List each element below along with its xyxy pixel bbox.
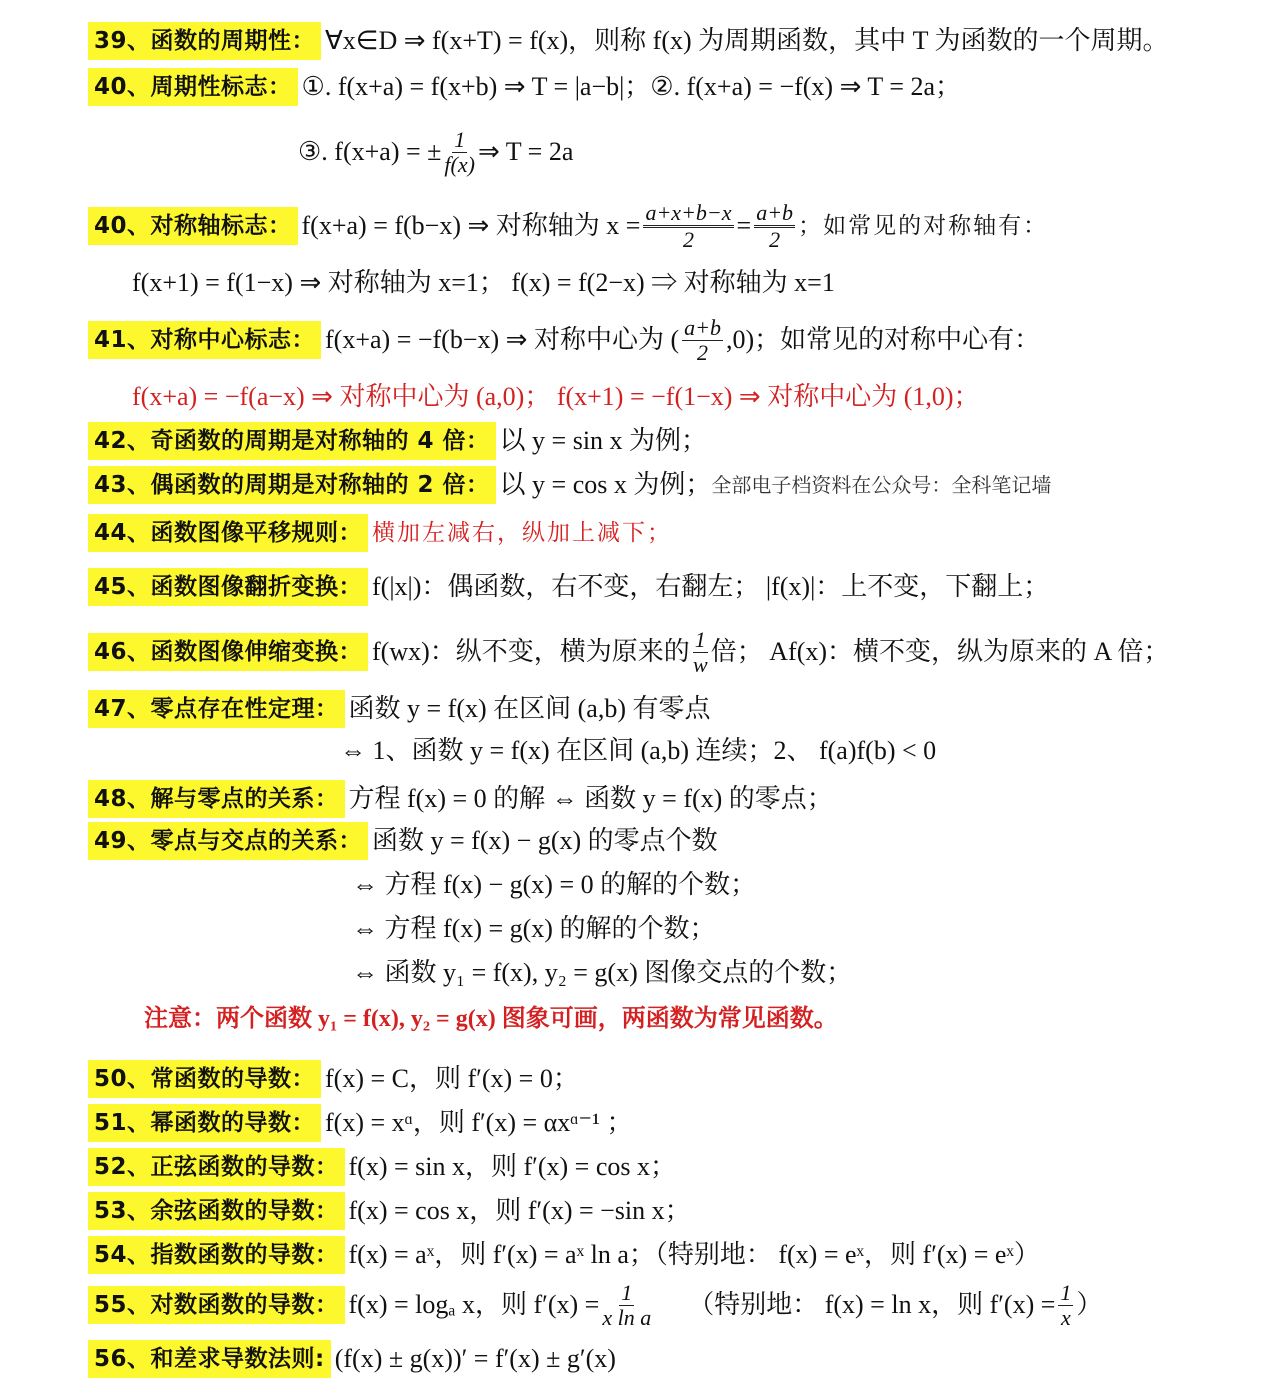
fraction-numerator: a+x+b−x: [643, 201, 733, 228]
item-44: 44、函数图像平移规则： 横加左减右，纵加上减下；: [88, 514, 672, 552]
item-46-label: 46、函数图像伸缩变换：: [88, 633, 368, 671]
fraction-denominator: w: [693, 653, 708, 677]
item-40-periodic-sub3: ③. f(x+a) = ± 1 f(x) ⇒ T = 2a: [298, 122, 573, 182]
item-47-label: 47、零点存在性定理：: [88, 690, 345, 728]
fraction-numerator: 1: [1058, 1281, 1073, 1306]
item-47-body: 函数 y = f(x) 在区间 (a,b) 有零点: [349, 692, 711, 726]
item-49-cont-3: ⇔ 函数 y₁ = f(x), y₂ = g(x) 图像交点的个数；: [352, 956, 852, 990]
axis-body-prefix: f(x+a) = f(b−x) ⇒ 对称轴为 x =: [302, 209, 641, 243]
fraction-denominator: 2: [769, 228, 780, 252]
center-example-text: f(x+a) = −f(a−x) ⇒ 对称中心为 (a,0)； f(x+1) =…: [132, 380, 980, 414]
sub3-prefix: ③. f(x+a) = ±: [298, 135, 441, 169]
ln-derivative-fraction: 1 x: [1058, 1281, 1073, 1330]
item-55-body-prefix: f(x) = logₐ x，则 f′(x) =: [349, 1288, 600, 1322]
item-44-body: 横加左减右，纵加上减下；: [372, 516, 672, 550]
item-39-body: ∀x∈D ⇒ f(x+T) = f(x)，则称 f(x) 为周期函数，其中 T …: [325, 24, 1169, 58]
item-44-label: 44、函数图像平移规则：: [88, 514, 368, 552]
stretch-fraction: 1 w: [693, 628, 708, 677]
fraction-denominator: x: [1061, 1306, 1071, 1330]
item-53-body: f(x) = cos x，则 f′(x) = −sin x；: [349, 1194, 691, 1228]
item-39-label: 39、函数的周期性：: [88, 22, 321, 60]
axis-fraction-2: a+b 2: [754, 201, 795, 252]
sub3-suffix: ⇒ T = 2a: [478, 135, 573, 169]
item-40-axis-example: f(x+1) = f(1−x) ⇒ 对称轴为 x=1； f(x) = f(2−x…: [132, 266, 835, 300]
item-45-body: f(|x|)：偶函数，右不变，右翻左； |f(x)|：上不变，下翻上；: [372, 570, 1049, 604]
item-49-cont-3-text: ⇔ 函数 y₁ = f(x), y₂ = g(x) 图像交点的个数；: [352, 956, 852, 990]
item-50: 50、常函数的导数： f(x) = C，则 f′(x) = 0；: [88, 1060, 579, 1098]
item-53: 53、余弦函数的导数： f(x) = cos x，则 f′(x) = −sin …: [88, 1192, 691, 1230]
item-49-note: 注意：两个函数 y₁ = f(x), y₂ = g(x) 图象可画，两函数为常见…: [144, 1002, 838, 1036]
item-54: 54、指数函数的导数： f(x) = aˣ，则 f′(x) = aˣ ln a；…: [88, 1236, 1040, 1274]
item-43: 43、偶函数的周期是对称轴的 2 倍： 以 y = cos x 为例； 全部电子…: [88, 466, 1051, 504]
fraction-denominator: 2: [697, 341, 708, 365]
log-derivative-fraction: 1 x ln a: [602, 1281, 651, 1330]
item-56-body: (f(x) ± g(x))′ = f′(x) ± g′(x): [335, 1342, 616, 1376]
item-50-body: f(x) = C，则 f′(x) = 0；: [325, 1062, 579, 1096]
item-51-body: f(x) = xᵅ，则 f′(x) = αxᵅ⁻¹ ；: [325, 1106, 632, 1140]
item-55-special-prefix: （特别地： f(x) = ln x，则 f′(x) =: [688, 1288, 1055, 1322]
item-49-note-text: 注意：两个函数 y₁ = f(x), y₂ = g(x) 图象可画，两函数为常见…: [144, 1002, 838, 1036]
item-41-label: 41、对称中心标志：: [88, 321, 321, 359]
item-40-periodic: 40、周期性标志： ①. f(x+a) = f(x+b) ⇒ T = |a−b|…: [88, 68, 961, 106]
item-40-axis-label: 40、对称轴标志：: [88, 207, 298, 245]
item-52-body: f(x) = sin x，则 f′(x) = cos x；: [349, 1150, 676, 1184]
item-51-label: 51、幂函数的导数：: [88, 1104, 321, 1142]
item-41: 41、对称中心标志： f(x+a) = −f(b−x) ⇒ 对称中心为 ( a+…: [88, 312, 1040, 368]
item-54-label: 54、指数函数的导数：: [88, 1236, 345, 1274]
item-49-cont-2: ⇔ 方程 f(x) = g(x) 的解的个数；: [352, 912, 715, 946]
fraction-numerator: 1: [619, 1281, 634, 1306]
item-46-body-suffix: 倍； Af(x)：横不变，纵为原来的 A 倍；: [711, 635, 1170, 669]
fraction-denominator: x ln a: [602, 1306, 651, 1330]
axis-equals: =: [737, 209, 752, 243]
item-42-label: 42、奇函数的周期是对称轴的 4 倍：: [88, 422, 496, 460]
item-56-label: 56、和差求导数法则:: [88, 1340, 331, 1378]
item-55: 55、对数函数的导数： f(x) = logₐ x，则 f′(x) = 1 x …: [88, 1276, 1102, 1334]
item-46-body-prefix: f(wx)：纵不变，横为原来的: [372, 635, 690, 669]
axis-body-suffix: ；如常见的对称轴有：: [798, 209, 1048, 243]
item-49-body: 函数 y = f(x) − g(x) 的零点个数: [372, 824, 718, 858]
item-52: 52、正弦函数的导数： f(x) = sin x，则 f′(x) = cos x…: [88, 1148, 676, 1186]
fraction-denominator: f(x): [444, 153, 475, 177]
item-47-cont-text: ⇔ 1、函数 y = f(x) 在区间 (a,b) 连续；2、 f(a)f(b)…: [340, 734, 936, 768]
item-40-axis: 40、对称轴标志： f(x+a) = f(b−x) ⇒ 对称轴为 x = a+x…: [88, 198, 1048, 254]
item-43-label: 43、偶函数的周期是对称轴的 2 倍：: [88, 466, 496, 504]
item-48-label: 48、解与零点的关系：: [88, 780, 345, 818]
item-48: 48、解与零点的关系： 方程 f(x) = 0 的解 ⇔ 函数 y = f(x)…: [88, 780, 833, 818]
item-47-continuation: ⇔ 1、函数 y = f(x) 在区间 (a,b) 连续；2、 f(a)f(b)…: [340, 734, 936, 768]
axis-example-text: f(x+1) = f(1−x) ⇒ 对称轴为 x=1； f(x) = f(2−x…: [132, 266, 835, 300]
axis-fraction-1: a+x+b−x 2: [643, 201, 733, 252]
item-54-body: f(x) = aˣ，则 f′(x) = aˣ ln a；（特别地： f(x) =…: [349, 1238, 1040, 1272]
item-56: 56、和差求导数法则: (f(x) ± g(x))′ = f′(x) ± g′(…: [88, 1340, 616, 1378]
center-body-prefix: f(x+a) = −f(b−x) ⇒ 对称中心为 (: [325, 323, 679, 357]
fraction-numerator: 1: [452, 128, 467, 153]
item-46: 46、函数图像伸缩变换： f(wx)：纵不变，横为原来的 1 w 倍； Af(x…: [88, 624, 1169, 680]
item-49-cont-1-text: ⇔ 方程 f(x) − g(x) = 0 的解的个数；: [352, 868, 756, 902]
item-45-label: 45、函数图像翻折变换：: [88, 568, 368, 606]
item-48-body: 方程 f(x) = 0 的解 ⇔ 函数 y = f(x) 的零点；: [349, 782, 833, 816]
fraction-numerator: a+b: [754, 201, 795, 228]
item-53-label: 53、余弦函数的导数：: [88, 1192, 345, 1230]
center-fraction: a+b 2: [682, 316, 723, 365]
item-49-label: 49、零点与交点的关系：: [88, 822, 368, 860]
item-55-special-suffix: ）: [1076, 1288, 1102, 1322]
item-47: 47、零点存在性定理： 函数 y = f(x) 在区间 (a,b) 有零点: [88, 690, 711, 728]
item-45: 45、函数图像翻折变换： f(|x|)：偶函数，右不变，右翻左； |f(x)|：…: [88, 568, 1049, 606]
item-52-label: 52、正弦函数的导数：: [88, 1148, 345, 1186]
sub3-fraction: 1 f(x): [444, 128, 475, 177]
fraction-numerator: a+b: [682, 316, 723, 341]
item-40-periodic-body: ①. f(x+a) = f(x+b) ⇒ T = |a−b|；②. f(x+a)…: [302, 70, 962, 104]
item-42: 42、奇函数的周期是对称轴的 4 倍： 以 y = sin x 为例；: [88, 422, 707, 460]
item-39: 39、函数的周期性： ∀x∈D ⇒ f(x+T) = f(x)，则称 f(x) …: [88, 22, 1169, 60]
center-body-suffix: ,0)；如常见的对称中心有：: [726, 323, 1040, 357]
item-51: 51、幂函数的导数： f(x) = xᵅ，则 f′(x) = αxᵅ⁻¹ ；: [88, 1104, 632, 1142]
item-42-body: 以 y = sin x 为例；: [500, 424, 708, 458]
item-49: 49、零点与交点的关系： 函数 y = f(x) − g(x) 的零点个数: [88, 822, 718, 860]
fraction-denominator: 2: [683, 228, 694, 252]
item-55-label: 55、对数函数的导数：: [88, 1286, 345, 1324]
item-50-label: 50、常函数的导数：: [88, 1060, 321, 1098]
watermark-note: 全部电子档资料在公众号：全科笔记墙: [711, 468, 1051, 502]
item-43-body: 以 y = cos x 为例；: [500, 468, 712, 502]
item-40-periodic-label: 40、周期性标志：: [88, 68, 298, 106]
item-49-cont-2-text: ⇔ 方程 f(x) = g(x) 的解的个数；: [352, 912, 715, 946]
item-41-example: f(x+a) = −f(a−x) ⇒ 对称中心为 (a,0)； f(x+1) =…: [132, 380, 980, 414]
item-49-cont-1: ⇔ 方程 f(x) − g(x) = 0 的解的个数；: [352, 868, 756, 902]
fraction-numerator: 1: [693, 628, 708, 653]
